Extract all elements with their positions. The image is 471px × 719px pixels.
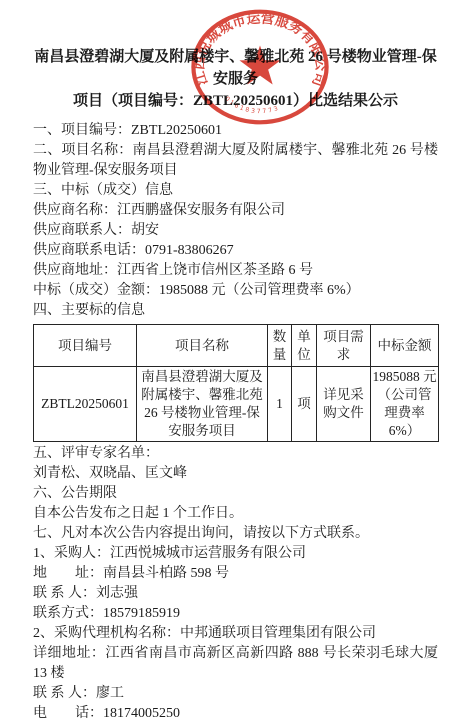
announcement-document: 江西悦城城市运营服务有限公司 0161837773 南昌县澄碧湖大厦及附属楼宇、…	[0, 0, 471, 719]
project-number-line: 一、项目编号：ZBTL20250601	[33, 121, 438, 141]
document-title: 南昌县澄碧湖大厦及附属楼宇、馨雅北苑 26 号楼物业管理-保安服务 项目（项目编…	[33, 46, 438, 112]
col-header-quantity: 数量	[268, 325, 292, 367]
document-title-line2: 项目（项目编号：ZBTL20250601）比选结果公示	[33, 90, 438, 112]
main-subject-heading: 四、主要标的信息	[33, 301, 438, 321]
notice-period-line: 自本公告发布之日起 1 个工作日。	[33, 504, 438, 524]
supplier-phone-line: 供应商联系电话：0791-83806267	[33, 241, 438, 261]
project-name-line: 二、项目名称：南昌县澄碧湖大厦及附属楼宇、馨雅北苑 26 号楼物业管理-保安服务…	[33, 141, 438, 181]
cell-requirement: 详见采购文件	[317, 367, 371, 442]
award-info-heading: 三、中标（成交）信息	[33, 181, 438, 201]
purchaser-phone-line: 联系方式：18579185919	[33, 604, 438, 624]
cell-quantity: 1	[268, 367, 292, 442]
document-title-line1: 南昌县澄碧湖大厦及附属楼宇、馨雅北苑 26 号楼物业管理-保安服务	[33, 46, 438, 90]
inquiry-heading: 七、凡对本次公告内容提出询问，请按以下方式联系。	[33, 524, 438, 544]
cell-project-code: ZBTL20250601	[34, 367, 137, 442]
bid-info-table: 项目编号 项目名称 数量 单位 项目需求 中标金额 ZBTL20250601 南…	[33, 324, 439, 442]
purchaser-name-line: 1、采购人：江西悦城城市运营服务有限公司	[33, 544, 438, 564]
purchaser-contact-line: 联 系 人：刘志强	[33, 584, 438, 604]
experts-names-line: 刘青松、双晓晶、匡文峰	[33, 464, 438, 484]
table-header-row: 项目编号 项目名称 数量 单位 项目需求 中标金额	[34, 325, 439, 367]
cell-unit: 项	[292, 367, 317, 442]
agency-contact-line: 联 系 人：廖工	[33, 684, 438, 704]
supplier-name-line: 供应商名称：江西鹏盛保安服务有限公司	[33, 201, 438, 221]
agency-name-line: 2、采购代理机构名称：中邦通联项目管理集团有限公司	[33, 624, 438, 644]
col-header-requirement: 项目需求	[317, 325, 371, 367]
col-header-project-code: 项目编号	[34, 325, 137, 367]
col-header-award-amount: 中标金额	[371, 325, 439, 367]
table-row: ZBTL20250601 南昌县澄碧湖大厦及附属楼宇、馨雅北苑 26 号楼物业管…	[34, 367, 439, 442]
agency-phone-line: 电 话：18174005250	[33, 704, 438, 719]
award-amount-line: 中标（成交）金额：1985088 元（公司管理费率 6%）	[33, 281, 438, 301]
col-header-unit: 单位	[292, 325, 317, 367]
cell-award-amount: 1985088 元（公司管理费率 6%）	[371, 367, 439, 442]
notice-period-heading: 六、公告期限	[33, 484, 438, 504]
supplier-address-line: 供应商地址：江西省上饶市信州区茶圣路 6 号	[33, 261, 438, 281]
col-header-project-name: 项目名称	[137, 325, 268, 367]
supplier-contact-line: 供应商联系人：胡安	[33, 221, 438, 241]
experts-heading: 五、评审专家名单：	[33, 444, 438, 464]
purchaser-address-line: 地 址：南昌县斗柏路 598 号	[33, 564, 438, 584]
agency-address-line: 详细地址：江西省南昌市高新区高新四路 888 号长荣羽毛球大厦 13 楼	[33, 644, 438, 684]
cell-project-name: 南昌县澄碧湖大厦及附属楼宇、馨雅北苑 26 号楼物业管理-保安服务项目	[137, 367, 268, 442]
